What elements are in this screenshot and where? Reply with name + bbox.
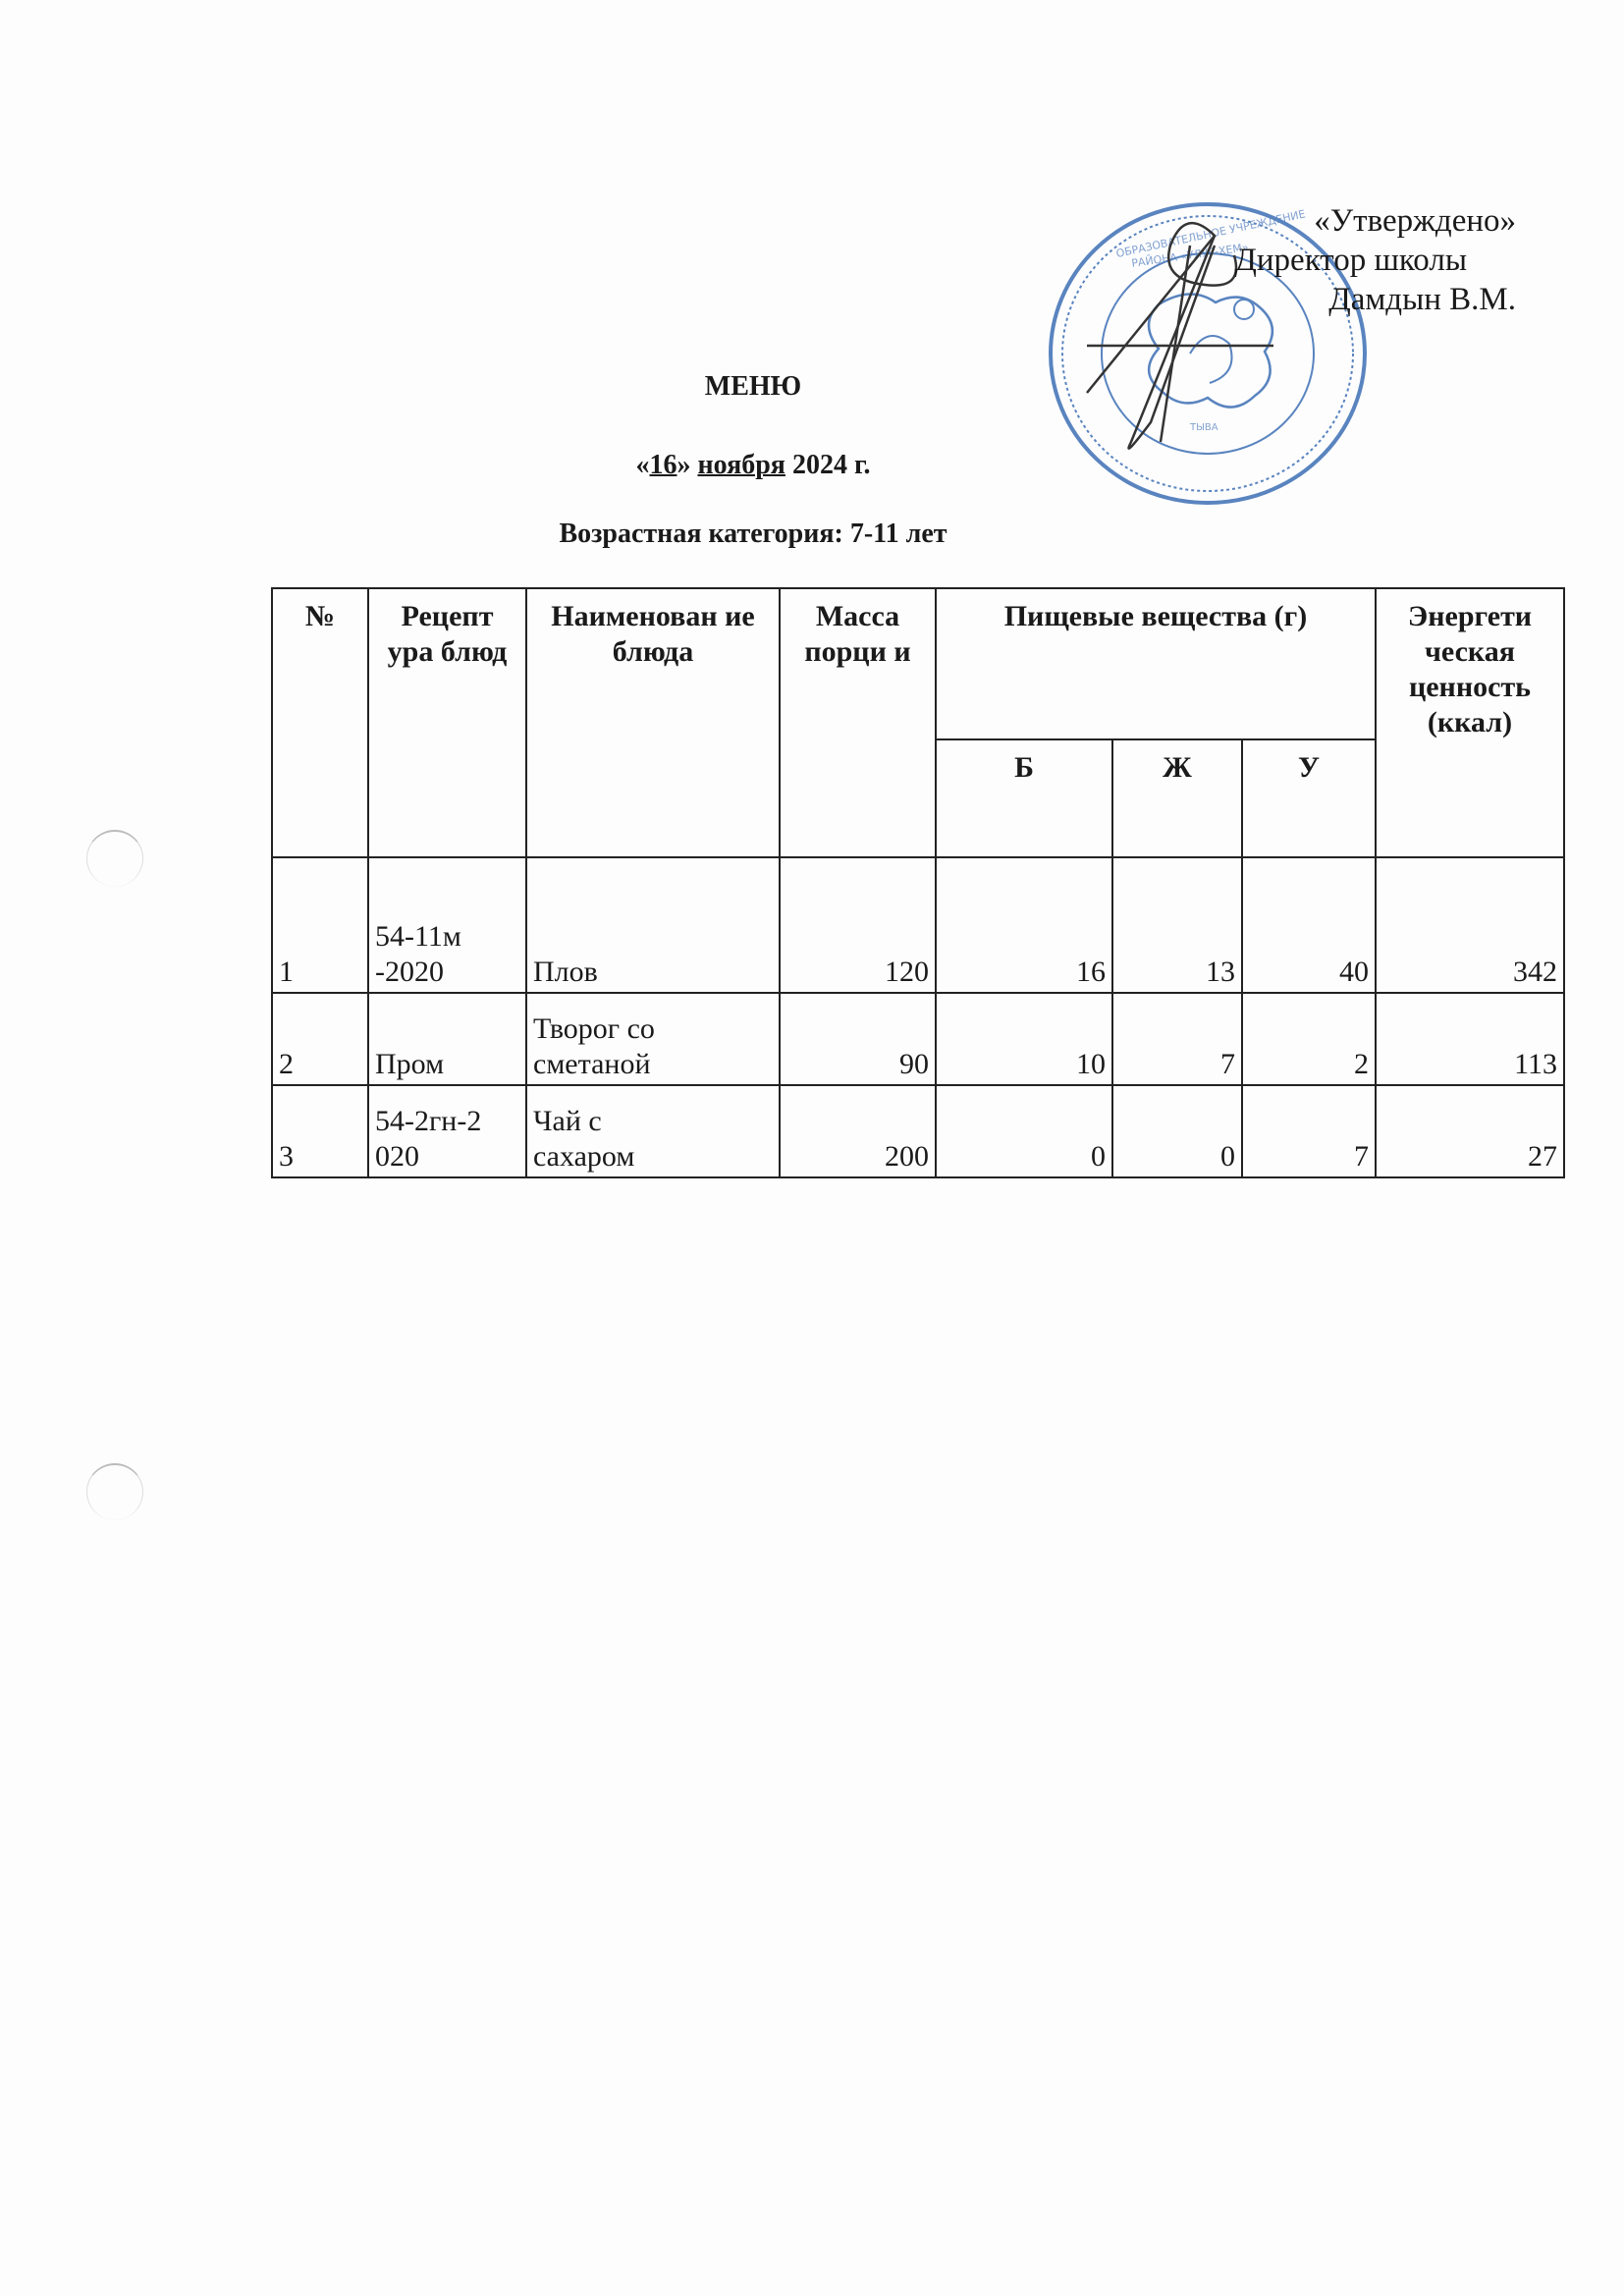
recipe-code: 54-11м-2020	[375, 919, 468, 990]
cell-no: 3	[272, 1085, 368, 1177]
cell-fat: 13	[1112, 857, 1242, 993]
cell-fat: 0	[1112, 1085, 1242, 1177]
approval-label: «Утверждено»	[1234, 201, 1516, 241]
column-header-protein: Б	[936, 739, 1112, 857]
svg-text:ТЫВА: ТЫВА	[1189, 422, 1218, 433]
cell-recipe: 54-11м-2020	[368, 857, 526, 993]
cell-mass: 200	[780, 1085, 936, 1177]
punch-hole-mark	[86, 830, 143, 887]
cell-protein: 16	[936, 857, 1112, 993]
cell-carbs: 40	[1242, 857, 1376, 993]
column-header-portion-mass: Масса порци и	[780, 588, 936, 857]
cell-energy: 342	[1376, 857, 1564, 993]
table-row: 3 54-2гн-2020 Чай с сахаром 200 0 0 7 27	[272, 1085, 1564, 1177]
cell-protein: 10	[936, 993, 1112, 1085]
column-header-recipe: Рецепт ура блюд	[368, 588, 526, 857]
approval-block: «Утверждено» Директор школы Дамдын В.М.	[1234, 201, 1516, 319]
date-month: ноября	[697, 450, 785, 480]
column-header-no: №	[272, 588, 368, 857]
age-category: Возрастная категория: 7-11 лет	[0, 519, 1565, 550]
cell-recipe: Пром	[368, 993, 526, 1085]
dish-name-text: Чай с сахаром	[533, 1104, 661, 1175]
table-row: 1 54-11м-2020 Плов 120 16 13 40 342	[272, 857, 1564, 993]
column-header-nutrients: Пищевые вещества (г)	[936, 588, 1376, 739]
column-header-carbs: У	[1242, 739, 1376, 857]
cell-protein: 0	[936, 1085, 1112, 1177]
cell-dish-name: Плов	[526, 857, 780, 993]
cell-dish-name: Творог со сметаной	[526, 993, 780, 1085]
cell-dish-name: Чай с сахаром	[526, 1085, 780, 1177]
column-header-fat: Ж	[1112, 739, 1242, 857]
cell-mass: 120	[780, 857, 936, 993]
date-year: 2024 г.	[785, 450, 871, 480]
cell-no: 2	[272, 993, 368, 1085]
date-quote-open: «	[635, 450, 649, 480]
date-day: 16	[649, 450, 677, 480]
cell-recipe: 54-2гн-2020	[368, 1085, 526, 1177]
column-header-dish-name: Наименован ие блюда	[526, 588, 780, 857]
recipe-code: 54-2гн-2020	[375, 1104, 493, 1175]
approver-position: Директор школы	[1234, 241, 1467, 280]
menu-table: № Рецепт ура блюд Наименован ие блюда Ма…	[271, 587, 1565, 1178]
cell-no: 1	[272, 857, 368, 993]
column-header-energy: Энергети ческая ценность (ккал)	[1376, 588, 1564, 857]
dish-name-text: Творог со сметаной	[533, 1011, 700, 1082]
date-quote-close: »	[677, 450, 697, 480]
cell-carbs: 2	[1242, 993, 1376, 1085]
approver-name: Дамдын В.М.	[1234, 280, 1516, 319]
cell-energy: 27	[1376, 1085, 1564, 1177]
cell-carbs: 7	[1242, 1085, 1376, 1177]
cell-fat: 7	[1112, 993, 1242, 1085]
cell-energy: 113	[1376, 993, 1564, 1085]
table-row: 2 Пром Творог со сметаной 90 10 7 2 113	[272, 993, 1564, 1085]
punch-hole-mark	[86, 1463, 143, 1520]
cell-mass: 90	[780, 993, 936, 1085]
